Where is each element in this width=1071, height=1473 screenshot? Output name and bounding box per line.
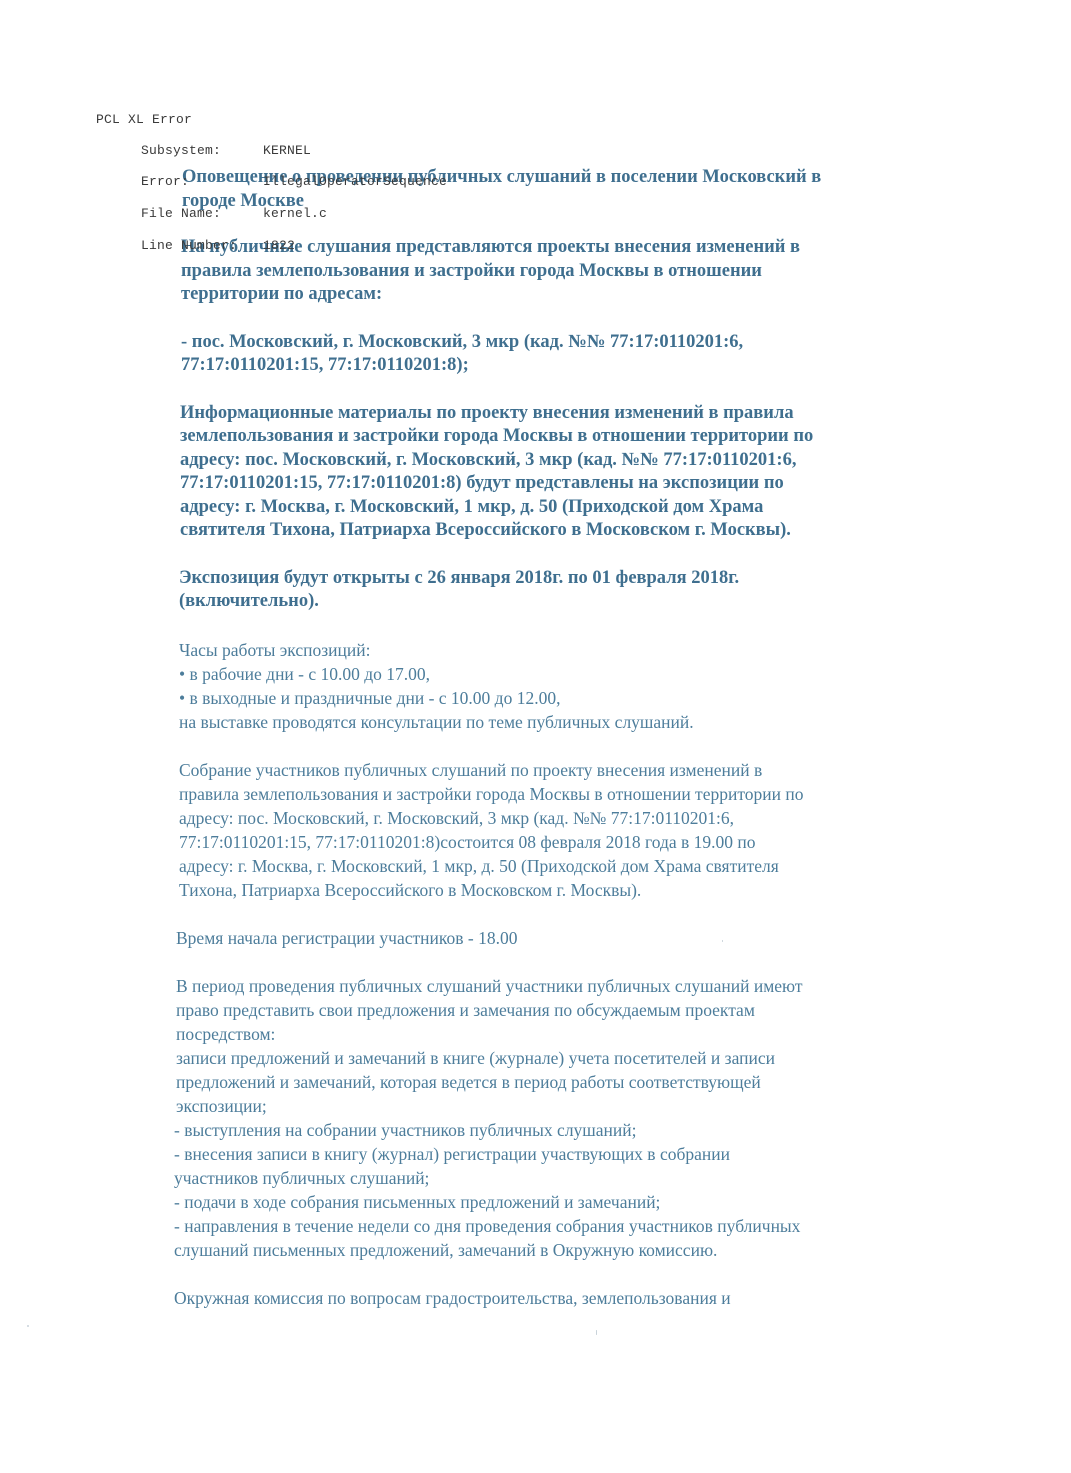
exposition-line: Экспозиция будут открыты с 26 января 201… bbox=[179, 567, 939, 591]
hours-item: • в рабочие дни - с 10.00 до 17.00, bbox=[179, 662, 939, 686]
exposition-line: (включительно). bbox=[179, 590, 939, 614]
methods-list: - выступления на собрании участников пуб… bbox=[174, 1118, 939, 1262]
scan-speck bbox=[596, 1330, 597, 1335]
pcl-value: 1822 bbox=[263, 238, 295, 253]
rights-paragraph: В период проведения публичных слушаний у… bbox=[176, 974, 939, 1118]
method-item: - направления в течение недели со дня пр… bbox=[174, 1214, 939, 1238]
rights-line: предложений и замечаний, которая ведется… bbox=[176, 1070, 939, 1094]
meeting-line: адресу: г. Москва, г. Московский, 1 мкр,… bbox=[179, 854, 939, 878]
address-paragraph: - пос. Московский, г. Московский, 3 мкр … bbox=[181, 331, 939, 378]
method-item: участников публичных слушаний; bbox=[174, 1166, 939, 1190]
rights-line: экспозиции; bbox=[176, 1094, 939, 1118]
intro-line: территории по адресам: bbox=[181, 283, 939, 307]
method-item: - выступления на собрании участников пуб… bbox=[174, 1118, 939, 1142]
pcl-linenumber-row: Line Number:1822 bbox=[141, 238, 295, 253]
rights-line: В период проведения публичных слушаний у… bbox=[176, 974, 939, 998]
materials-line: 77:17:0110201:15, 77:17:0110201:8) будут… bbox=[180, 472, 939, 496]
scan-speck bbox=[27, 1325, 29, 1327]
intro-line: правила землепользования и застройки гор… bbox=[181, 260, 939, 284]
hours-note: на выставке проводятся консультации по т… bbox=[179, 710, 939, 734]
registration-time: Время начала регистрации участников - 18… bbox=[176, 926, 939, 950]
meeting-line: Собрание участников публичных слушаний п… bbox=[179, 758, 939, 782]
meeting-line: Тихона, Патриарха Всероссийского в Моско… bbox=[179, 878, 939, 902]
registration-line: Время начала регистрации участников - 18… bbox=[176, 926, 939, 950]
meeting-line: адресу: пос. Московский, г. Московский, … bbox=[179, 806, 939, 830]
notice-document: Оповещение о проведении публичных слушан… bbox=[179, 166, 939, 1310]
rights-line: посредством: bbox=[176, 1022, 939, 1046]
rights-line: записи предложений и замечаний в книге (… bbox=[176, 1046, 939, 1070]
commission-line: Окружная комиссия по вопросам градострои… bbox=[174, 1286, 939, 1310]
pcl-key: File Name: bbox=[141, 206, 263, 221]
address-line: 77:17:0110201:15, 77:17:0110201:8); bbox=[181, 354, 939, 378]
materials-line: святителя Тихона, Патриарха Всероссийско… bbox=[180, 519, 939, 543]
commission-paragraph: Окружная комиссия по вопросам градострои… bbox=[174, 1286, 939, 1310]
meeting-paragraph: Собрание участников публичных слушаний п… bbox=[179, 758, 939, 902]
pcl-error-title: PCL XL Error bbox=[96, 112, 192, 127]
materials-line: адресу: пос. Московский, г. Московский, … bbox=[180, 449, 939, 473]
materials-line: адресу: г. Москва, г. Московский, 1 мкр,… bbox=[180, 496, 939, 520]
pcl-filename-row: File Name:kernel.c bbox=[141, 206, 327, 221]
hours-heading: Часы работы экспозиций: bbox=[179, 638, 939, 662]
pcl-value: IllegalOperatorSequence bbox=[263, 174, 447, 189]
hours-item: • в выходные и праздничные дни - с 10.00… bbox=[179, 686, 939, 710]
pcl-value: KERNEL bbox=[263, 143, 311, 158]
method-item: слушаний письменных предложений, замечан… bbox=[174, 1238, 939, 1262]
materials-line: землепользования и застройки города Моск… bbox=[180, 425, 939, 449]
meeting-line: 77:17:0110201:15, 77:17:0110201:8)состои… bbox=[179, 830, 939, 854]
materials-paragraph: Информационные материалы по проекту внес… bbox=[180, 402, 939, 543]
exposition-dates-paragraph: Экспозиция будут открыты с 26 января 201… bbox=[179, 567, 939, 614]
pcl-key: Subsystem: bbox=[141, 143, 263, 158]
rights-line: право представить свои предложения и зам… bbox=[176, 998, 939, 1022]
materials-line: Информационные материалы по проекту внес… bbox=[180, 402, 939, 426]
pcl-key: Line Number: bbox=[141, 238, 263, 253]
method-item: - внесения записи в книгу (журнал) регис… bbox=[174, 1142, 939, 1166]
pcl-subsystem-row: Subsystem:KERNEL bbox=[141, 143, 311, 158]
method-item: - подачи в ходе собрания письменных пред… bbox=[174, 1190, 939, 1214]
hours-paragraph: Часы работы экспозиций: • в рабочие дни … bbox=[179, 638, 939, 734]
meeting-line: правила землепользования и застройки гор… bbox=[179, 782, 939, 806]
pcl-key: Error: bbox=[141, 174, 263, 189]
pcl-error-row: Error:IllegalOperatorSequence bbox=[141, 174, 447, 189]
pcl-value: kernel.c bbox=[263, 206, 327, 221]
address-line: - пос. Московский, г. Московский, 3 мкр … bbox=[181, 331, 939, 355]
